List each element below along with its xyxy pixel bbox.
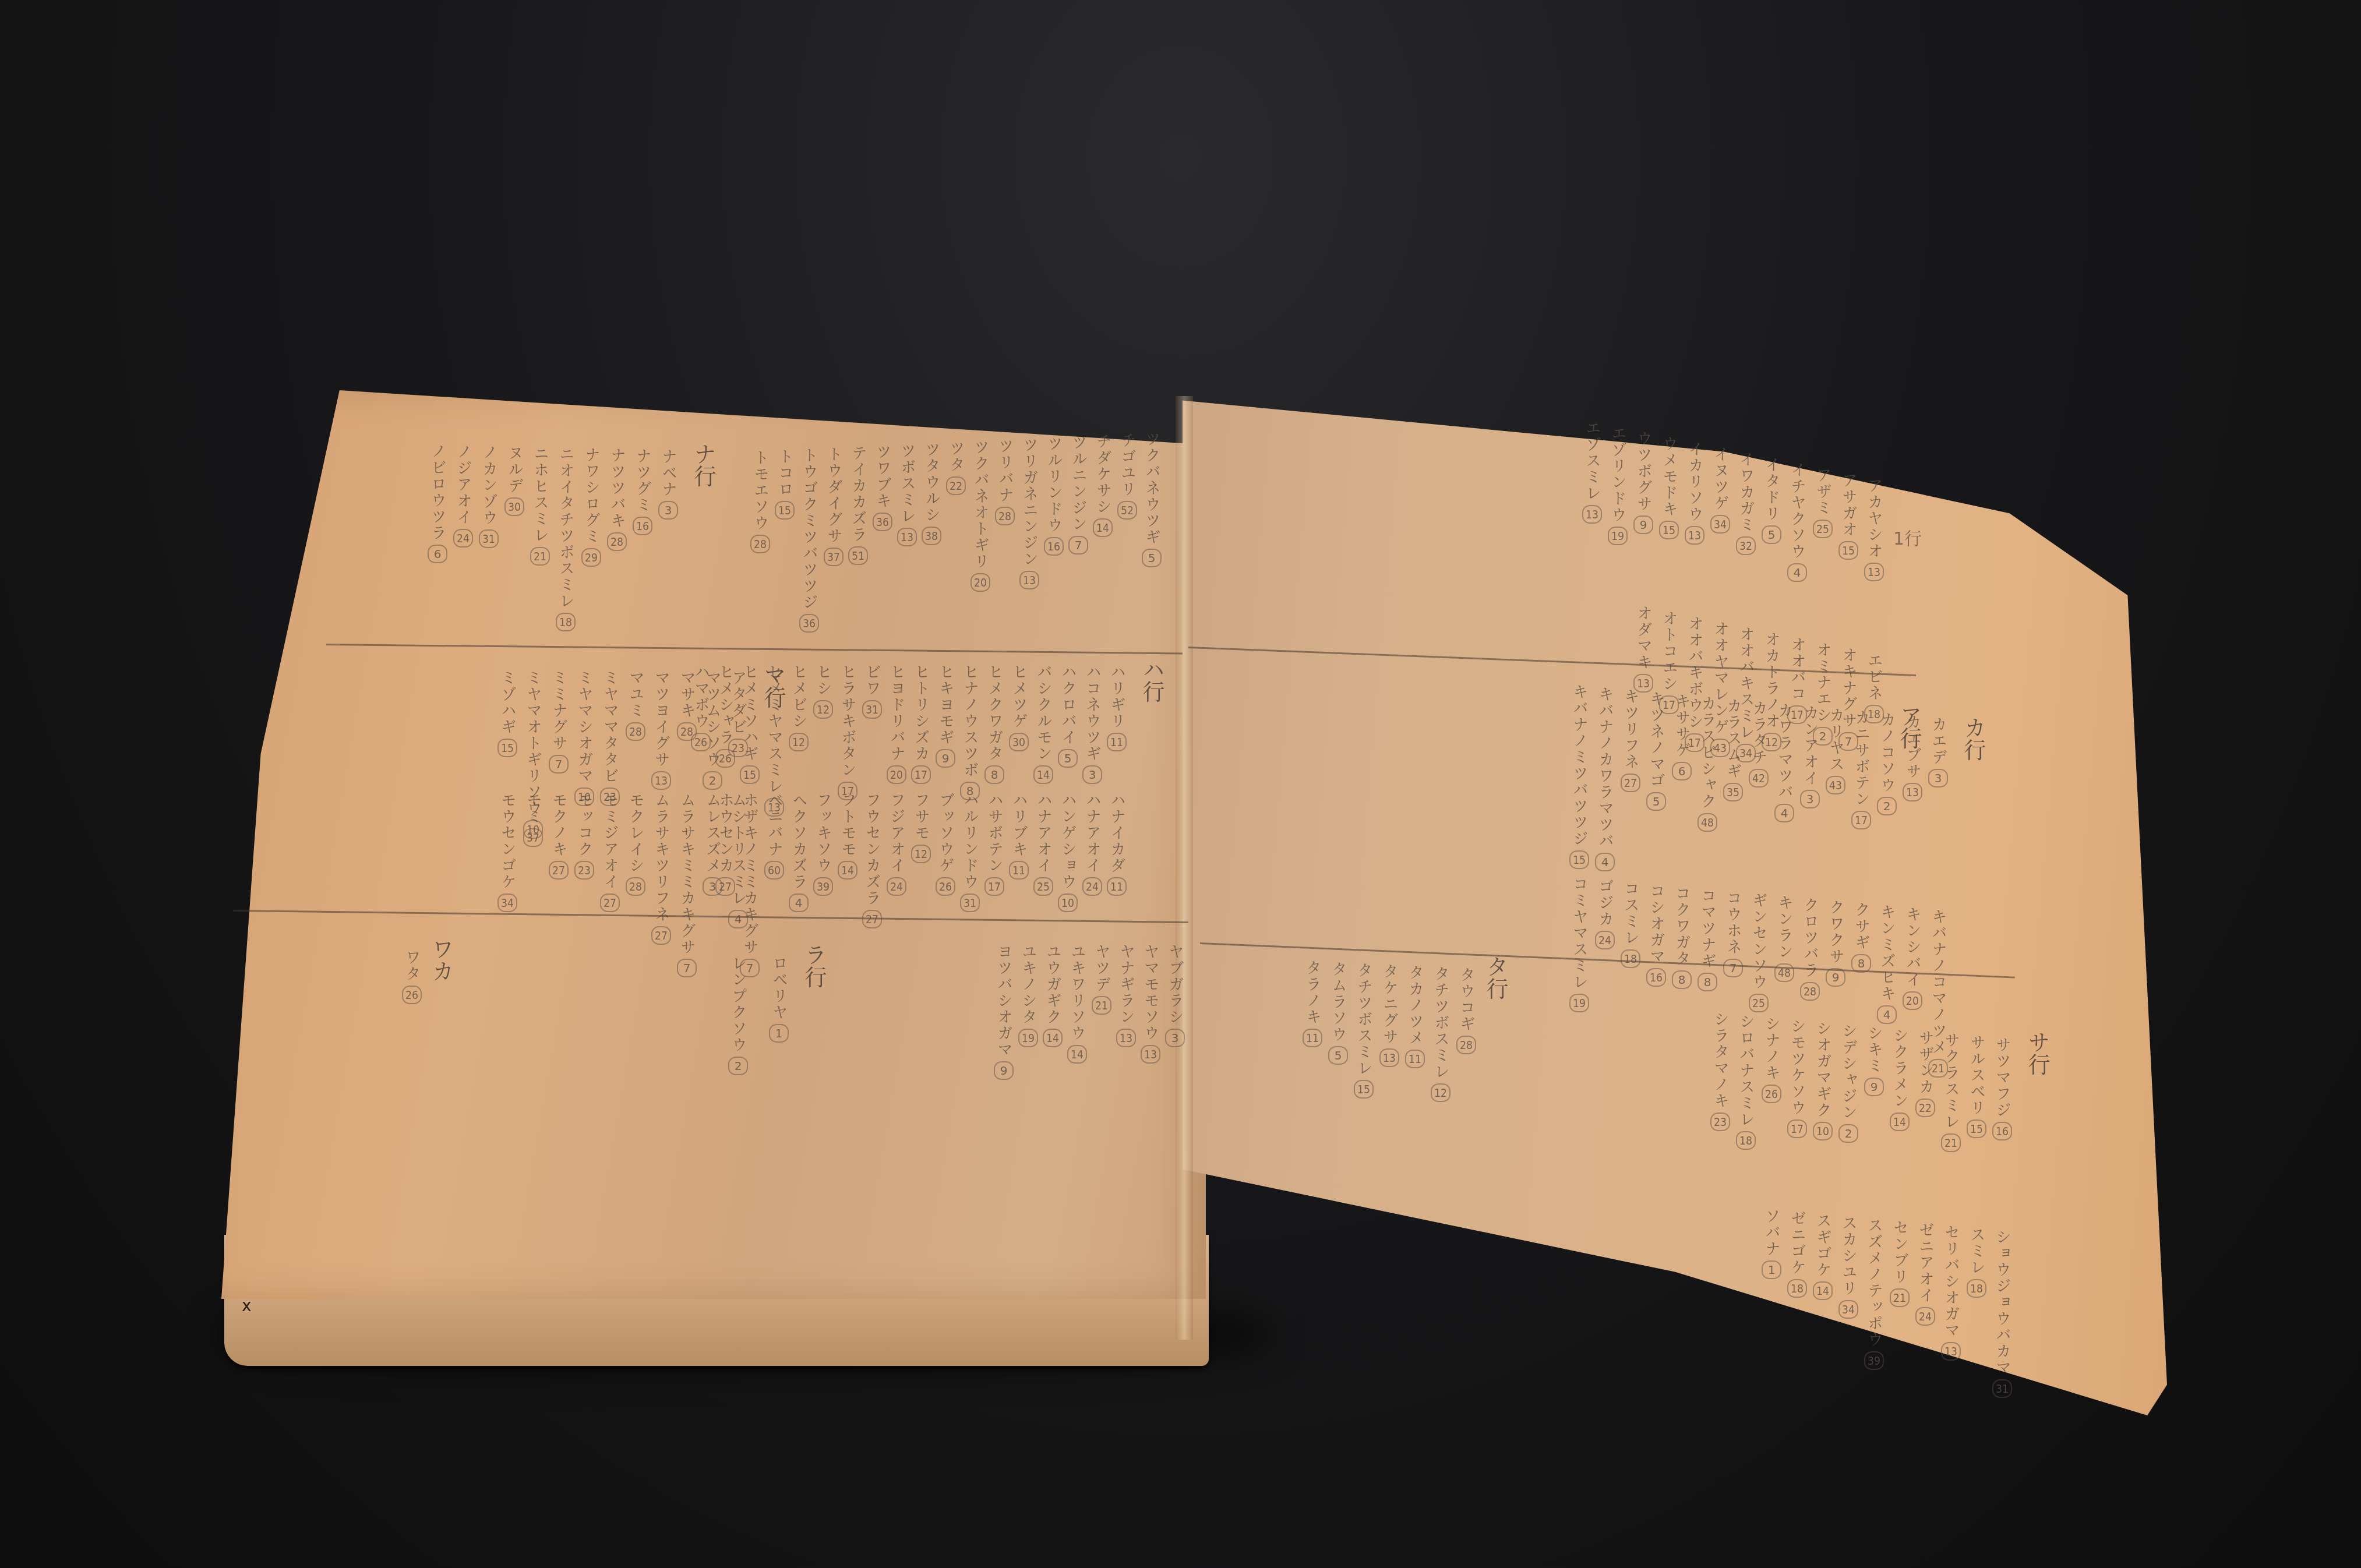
plant-name: ショウジョウバカマ: [1993, 1229, 2011, 1376]
page-number: 27: [862, 910, 882, 928]
page-number: 21: [1890, 1288, 1910, 1307]
page-number: 11: [1303, 1029, 1322, 1047]
plant-entry: レンプクソウ2: [728, 955, 748, 1075]
plant-entry: ミミナグサ7: [549, 670, 569, 774]
plant-entry: カエブサ13: [1903, 714, 1922, 801]
plant-name: ウメモドキ: [1660, 436, 1678, 517]
plant-name: マサキ: [678, 670, 696, 719]
plant-name: モッコク: [576, 792, 593, 857]
plant-entry: ワタ26: [402, 949, 422, 1004]
plant-entry: シキミ9: [1864, 1025, 1884, 1096]
page-number: 30: [1009, 733, 1029, 751]
page-number: 18: [1621, 949, 1640, 968]
plant-entry: スミレ18: [1967, 1227, 1986, 1298]
page-number: 27: [651, 926, 671, 945]
page-number: 2: [1838, 1124, 1858, 1143]
plant-entry: タムラソウ5: [1328, 961, 1348, 1065]
plant-name: コミヤマスミレ: [1571, 876, 1588, 990]
plant-entry: イカリソウ13: [1685, 441, 1704, 545]
page-number: 24: [1082, 877, 1102, 896]
plant-name: カノコソウ: [1878, 712, 1896, 793]
plant-name: ハサボテン: [986, 792, 1003, 874]
plant-entry: アサガオ15: [1838, 472, 1858, 560]
plant-entry: ハサボテン17: [984, 792, 1004, 896]
plant-entry: スズメノテッポウ39: [1864, 1217, 1884, 1370]
page-number: 31: [862, 700, 882, 719]
plant-name: カエデ: [1929, 716, 1947, 765]
plant-name: ミミナグサ: [550, 670, 567, 751]
plant-entry: ユキワリソウ14: [1067, 944, 1087, 1064]
plant-entry: フサモ12: [911, 792, 931, 863]
plant-name: キンラン: [1776, 895, 1793, 960]
plant-entry: キンミズヒキ4: [1877, 904, 1897, 1024]
plant-entry: キバナノミツバツツジ15: [1569, 684, 1589, 869]
plant-entry: マユミ28: [626, 670, 645, 741]
plant-name: ツワブキ: [874, 444, 891, 509]
plant-entry: ヒメビシ12: [789, 664, 809, 751]
plant-name: ムラサキミミカキグサ: [678, 792, 696, 955]
plant-name: タムラソウ: [1329, 961, 1347, 1043]
plant-name: スカシユリ: [1840, 1215, 1857, 1297]
page-number: 13: [1685, 526, 1704, 545]
plant-entry: エゾリンドウ19: [1608, 425, 1628, 545]
page-number: 9: [1633, 515, 1653, 534]
plant-name: ツクバネオトギリ: [972, 439, 989, 570]
plant-name: クサギ: [1852, 902, 1870, 951]
page-number: 13: [1864, 563, 1884, 581]
plant-entry: シナノキ26: [1762, 1016, 1781, 1103]
page-number: 12: [911, 845, 931, 863]
plant-entry: コマツナギ8: [1697, 888, 1717, 991]
plant-entry: イヌツゲ34: [1710, 446, 1730, 534]
plant-entry: コウホネ7: [1723, 890, 1743, 977]
page-number: 26: [402, 986, 422, 1004]
plant-entry: センブリ21: [1890, 1220, 1910, 1307]
section-label-na: ナ行: [687, 443, 719, 487]
plant-name: シオガマギク: [1814, 1020, 1831, 1118]
page-number: 28: [677, 722, 697, 741]
plant-name: スズメノテッポウ: [1865, 1217, 1883, 1348]
book-spine: [1176, 396, 1193, 1340]
plant-entry: カラスビシャク48: [1697, 695, 1717, 832]
plant-entry: ハナアオイ25: [1033, 792, 1053, 896]
plant-entry: ウメモドキ15: [1659, 436, 1679, 539]
plant-entry: フトモモ14: [838, 792, 857, 880]
plant-name: チゴユリ: [1118, 432, 1136, 497]
plant-name: ギンセンソウ: [1750, 892, 1767, 990]
plant-entry: サクラスミレ21: [1941, 1032, 1961, 1152]
plant-entry: ニオイタチツボスミレ18: [556, 446, 576, 631]
page-number: 14: [1043, 1029, 1063, 1047]
plant-entry: ツクバネウツギ5: [1142, 431, 1162, 567]
plant-name: ムラサキツリフネ: [652, 792, 670, 923]
page-number: 11: [1107, 877, 1127, 896]
plant-entry: ベニバナ60: [764, 792, 784, 880]
plant-name: カラタチ: [1750, 700, 1767, 765]
plant-name: クロツバラ: [1801, 897, 1819, 979]
page-number: 17: [984, 877, 1004, 896]
page-number: 13: [1941, 1342, 1961, 1361]
plant-name: ヒヨドリバナ: [888, 664, 905, 762]
page-number: 23: [728, 739, 748, 757]
page-number: 18: [1967, 1279, 1986, 1298]
plant-name: ヒメクワガタ: [986, 664, 1003, 762]
plant-name: ヒラサキボタン: [839, 664, 856, 778]
plant-entry: アカヤシオ13: [1864, 478, 1884, 581]
plant-name: イヌツゲ: [1711, 446, 1729, 511]
page-number: 4: [1774, 804, 1794, 822]
plant-name: シデシャジン: [1840, 1023, 1857, 1121]
plant-name: トコロ: [776, 448, 793, 497]
plant-entry: ゼニアオイ24: [1915, 1222, 1935, 1326]
page-number: 28: [626, 722, 645, 741]
plant-name: ツリバナ: [996, 438, 1014, 503]
page-number: 5: [1646, 792, 1666, 811]
plant-name: ツタウルシ: [923, 442, 940, 523]
page-number: 18: [1736, 1131, 1756, 1150]
page-number: 22: [946, 476, 966, 495]
plant-name: バシクルモン: [1035, 664, 1052, 762]
plant-name: コクワガタ: [1673, 885, 1691, 967]
page-number: 21: [1092, 996, 1111, 1015]
page-number: 2: [728, 1057, 748, 1075]
plant-entry: ヤツデ21: [1092, 944, 1111, 1015]
page-number: 60: [764, 861, 784, 880]
page-number: 9: [936, 749, 955, 768]
plant-name: イタドリ: [1763, 457, 1780, 522]
plant-name: キササゲ: [1673, 693, 1691, 758]
plant-name: サクラスミレ: [1942, 1032, 1960, 1130]
plant-name: モクレイシ: [627, 792, 644, 874]
plant-entry: ヒナノウスツボ8: [960, 664, 980, 800]
plant-name: タチツボスミレ: [1432, 966, 1449, 1080]
plant-entry: シデシャジン2: [1838, 1023, 1858, 1143]
plant-name: カンアオイ: [1801, 705, 1819, 786]
plant-name: タチツボスミレ: [1355, 962, 1372, 1076]
page-number: 37: [824, 548, 844, 566]
page-number: 34: [497, 894, 517, 912]
page-number: 9: [1864, 1078, 1884, 1096]
plant-entry: テイカカズラ51: [848, 445, 868, 565]
plant-name: コスミレ: [1622, 881, 1639, 946]
page-number: 13: [1116, 1029, 1136, 1047]
page-number: 11: [1107, 733, 1127, 751]
plant-entry: カワラマツバ4: [1774, 702, 1794, 822]
page-number: 4: [1877, 1005, 1897, 1024]
plant-entry: タチツボスミレ12: [1431, 966, 1451, 1102]
plant-entry: クサギ8: [1851, 902, 1871, 973]
page-number: 16: [633, 517, 652, 535]
page-number: 4: [1595, 853, 1615, 871]
plant-entry: バシクルモン14: [1033, 664, 1053, 784]
plant-entry: スギゴケ14: [1813, 1213, 1833, 1300]
page-number: 9: [1826, 968, 1845, 987]
plant-entry: モッコク23: [574, 792, 594, 880]
page-number: 27: [1621, 774, 1640, 792]
page-number: 13: [1582, 505, 1602, 524]
plant-entry: モミ37: [523, 792, 543, 847]
plant-entry: ビワ31: [862, 664, 882, 719]
plant-entry: イワカガミ32: [1736, 451, 1756, 555]
plant-entry: カエデ3: [1928, 716, 1948, 787]
plant-entry: ツリバナ28: [995, 438, 1015, 525]
plant-entry: イタドリ5: [1762, 457, 1781, 544]
page-number: 15: [497, 739, 517, 757]
page-number: 20: [970, 573, 990, 592]
plant-entry: ハリブキ11: [1009, 792, 1029, 880]
plant-name: ゼニアオイ: [1917, 1222, 1934, 1304]
plant-entry: ギンセンソウ25: [1749, 892, 1769, 1012]
plant-name: ロベリヤ: [770, 955, 788, 1020]
plant-name: オダマキ: [1635, 605, 1652, 670]
page-number: 39: [1864, 1351, 1884, 1370]
page-number: 12: [813, 700, 833, 719]
plant-name: スギゴケ: [1814, 1213, 1831, 1278]
plant-entry: シオガマギク10: [1813, 1020, 1833, 1140]
plant-entry: タウコギ28: [1456, 967, 1476, 1054]
plant-entry: ヤマモモソウ13: [1141, 944, 1160, 1064]
page-number: 3: [703, 877, 722, 896]
plant-entry: ユキノシタ19: [1018, 944, 1038, 1047]
plant-entry: ツルニンジン7: [1068, 435, 1088, 555]
plant-entry: イチヤクソウ4: [1787, 462, 1807, 582]
page-number: 34: [1838, 1300, 1858, 1319]
page-number: 13: [1019, 571, 1039, 589]
page-number: 18: [556, 613, 576, 631]
plant-entry: ヘクソカズラ4: [789, 792, 809, 912]
plant-entry: ソバナ1: [1762, 1208, 1781, 1279]
page-number: 8: [984, 765, 1004, 784]
page-number: 37: [523, 828, 543, 847]
plant-entry: トウゴクミツバツツジ36: [799, 447, 819, 633]
plant-entry: ゼニゴケ18: [1787, 1210, 1807, 1298]
page-number: 14: [1093, 518, 1113, 537]
plant-entry: クロツバラ28: [1800, 897, 1820, 1001]
plant-name: ウツボグサ: [1635, 430, 1652, 512]
plant-entry: ショウジョウバカマ31: [1992, 1229, 2012, 1398]
plant-entry: ヨツバシオガマ9: [994, 944, 1014, 1080]
page-number: 19: [1608, 527, 1628, 545]
plant-entry: キツリフネ27: [1621, 688, 1640, 792]
plant-name: ブッソウゲ: [937, 792, 954, 874]
plant-name: ノジアオイ: [454, 444, 472, 525]
plant-name: ユキノシタ: [1019, 944, 1037, 1025]
page-number: 34: [1710, 515, 1730, 534]
plant-name: ノカンゾウ: [480, 444, 497, 526]
page-number: 28: [995, 507, 1015, 525]
plant-name: ユウガギク: [1044, 944, 1061, 1025]
plant-name: サツマフジ: [1993, 1037, 2011, 1118]
plant-name: キバナノカワラマツバ: [1596, 686, 1614, 849]
plant-name: ツボスミレ: [898, 443, 916, 524]
plant-entry: ツリガネニンジン13: [1019, 437, 1039, 589]
plant-entry: タカノツメ11: [1405, 965, 1425, 1068]
page-number: 9: [994, 1061, 1014, 1080]
plant-entry: アタダビ23: [728, 670, 748, 757]
plant-entry: コクワガタ8: [1672, 885, 1692, 989]
page-number: 4: [728, 910, 748, 928]
page-number: 4: [789, 894, 809, 912]
plant-entry: ツボスミレ13: [897, 443, 917, 546]
page-number: 29: [581, 548, 601, 567]
plant-name: マツムシソウ: [704, 670, 721, 768]
plant-name: ヒメツゲ: [1010, 664, 1028, 729]
plant-entry: ミヤマシオガマ10: [574, 670, 594, 806]
page-number: 10: [1058, 894, 1078, 912]
plant-name: トウゴクミツバツツジ: [800, 447, 818, 610]
page-number: 26: [1762, 1085, 1781, 1103]
page-number: 19: [1018, 1029, 1038, 1047]
plant-entry: カラスムギ35: [1723, 698, 1743, 801]
page-number: 18: [1787, 1279, 1807, 1298]
page-number: 1: [1762, 1260, 1781, 1279]
plant-entry: ヒトリシズカ17: [911, 664, 931, 784]
plant-entry: ナワシログミ29: [581, 447, 601, 567]
plant-name: ナツグミ: [634, 448, 651, 513]
plant-name: ヤブガラシ: [1166, 944, 1184, 1025]
page-number: 14: [1067, 1045, 1087, 1064]
plant-name: ツリガネニンジン: [1021, 437, 1038, 567]
page-number: 3: [1082, 765, 1102, 784]
section-label-ka: カ行: [1957, 716, 1989, 761]
plant-name: センブリ: [1891, 1220, 1908, 1285]
plant-name: ワタ: [403, 949, 421, 982]
plant-entry: ハリギリ11: [1107, 664, 1127, 751]
plant-name: フサモ: [912, 792, 930, 841]
page-number: 12: [789, 733, 809, 751]
plant-entry: ヌルデ30: [504, 445, 524, 516]
page-number: 14: [838, 861, 857, 880]
plant-entry: キバナノカワラマツバ4: [1595, 686, 1615, 871]
plant-entry: ヒメツゲ30: [1009, 664, 1029, 751]
plant-name: ムシトリスミレ: [729, 792, 747, 906]
page-number: 3: [1165, 1029, 1185, 1047]
page-number: 27: [600, 894, 620, 912]
page-number: 32: [1736, 536, 1756, 555]
page-number: 24: [1915, 1307, 1935, 1326]
plant-entry: カンアオイ3: [1800, 705, 1820, 808]
plant-name: カワラマツバ: [1776, 702, 1793, 800]
plant-name: ハンゲショウ: [1059, 792, 1077, 890]
plant-entry: ナツツバキ28: [607, 447, 627, 551]
plant-entry: ナベナ3: [658, 448, 678, 520]
plant-name: イチヤクソウ: [1788, 462, 1806, 560]
plant-entry: アザミ25: [1813, 467, 1833, 538]
plant-name: ヒメビシ: [790, 664, 807, 729]
page-number: 35: [1723, 783, 1743, 801]
plant-entry: カリヤス43: [1826, 707, 1845, 794]
page-number: 15: [775, 501, 795, 520]
plant-name: コシオガマ: [1647, 883, 1665, 965]
plant-name: シクラメン: [1891, 1027, 1908, 1109]
section-label-ha: ハ行: [1136, 658, 1168, 702]
plant-entry: ムラサキツリフネ27: [651, 792, 671, 945]
plant-name: ハリギリ: [1108, 664, 1125, 729]
page-number: 22: [1915, 1099, 1935, 1117]
plant-name: カエブサ: [1904, 714, 1921, 779]
plant-name: クワクサ: [1827, 899, 1844, 965]
page-number: 51: [848, 546, 868, 565]
plant-name: サルスベリ: [1968, 1034, 1985, 1116]
plant-name: ヤマモモソウ: [1142, 944, 1159, 1041]
plant-entry: セリバシオガマ13: [1941, 1224, 1961, 1361]
page-number: 36: [799, 614, 819, 633]
plant-name: ベニバナ: [765, 792, 783, 857]
plant-name: イカリソウ: [1686, 441, 1703, 522]
plant-entry: モクノキ27: [549, 792, 569, 880]
plant-name: ヌルデ: [506, 445, 523, 494]
plant-name: タケニグサ: [1381, 963, 1398, 1045]
page-number: 16: [1646, 968, 1666, 987]
plant-name: カラスビシャク: [1699, 695, 1716, 810]
page-number: 13: [651, 771, 671, 790]
plant-name: マツヨイグサ: [652, 670, 670, 768]
page-number: 17: [1851, 811, 1871, 829]
plant-name: シモツケソウ: [1788, 1018, 1806, 1116]
plant-name: ハナイカダ: [1108, 792, 1125, 874]
plant-name: ヒトリシズカ: [912, 664, 930, 762]
plant-name: ヒシ: [814, 664, 832, 697]
page-number: 8: [1672, 970, 1692, 989]
page-number: 8: [1697, 973, 1717, 991]
plant-name: ヒメミヤマスミレ: [765, 664, 783, 794]
plant-entry: クワクサ9: [1826, 899, 1845, 987]
page-number: 5: [1762, 525, 1781, 544]
plant-entry: マサキ28: [677, 670, 697, 741]
plant-name: ハルリンドウ: [961, 792, 979, 890]
plant-name: カニサボテン: [1852, 709, 1870, 807]
plant-name: アサガオ: [1840, 472, 1857, 538]
page-number: 13: [897, 528, 917, 546]
plant-entry: カノコソウ2: [1877, 712, 1897, 815]
plant-name: オトコエシ: [1660, 610, 1678, 692]
plant-name: イワカガミ: [1737, 451, 1755, 533]
page-number: 21: [530, 547, 550, 566]
plant-name: シナノキ: [1763, 1016, 1780, 1081]
plant-name: キツネノマゴ: [1647, 691, 1665, 789]
plant-name: モミ: [524, 792, 542, 825]
plant-name: ヘクソカズラ: [790, 792, 807, 890]
plant-name: ニオイタチツボスミレ: [557, 446, 574, 609]
page-number: 36: [873, 513, 892, 531]
page-number: 7: [1068, 536, 1088, 555]
page-number: 20: [887, 765, 906, 784]
plant-name: ムレスズメ: [704, 792, 721, 874]
plant-entry: サルスベリ15: [1967, 1034, 1986, 1138]
plant-entry: ブッソウゲ26: [936, 792, 955, 896]
plant-entry: オダマキ13: [1633, 605, 1653, 693]
page-number: 13: [1379, 1048, 1399, 1067]
page-number: 28: [1456, 1036, 1476, 1054]
plant-entry: ムラサキミミカキグサ7: [677, 792, 697, 977]
page-number: 48: [1774, 963, 1794, 982]
page-number: 14: [1813, 1281, 1833, 1300]
page-number: 3: [1928, 769, 1948, 787]
plant-name: キンシバイ: [1904, 906, 1921, 988]
plant-entry: ゴジカ24: [1595, 878, 1615, 949]
page-number: 31: [479, 529, 499, 548]
plant-entry: キツネノマゴ5: [1646, 691, 1666, 811]
plant-name: コウホネ: [1724, 890, 1742, 955]
page-number: 42: [1749, 769, 1769, 787]
plant-entry: エゾスミレ13: [1582, 420, 1602, 524]
plant-entry: ヤブガラシ3: [1165, 944, 1185, 1047]
page-number: 13: [1141, 1045, 1160, 1064]
plant-entry: コミヤマスミレ19: [1569, 876, 1589, 1012]
plant-entry: フジアオイ24: [887, 792, 906, 896]
plant-name: カリヤス: [1827, 707, 1844, 772]
plant-entry: キンラン48: [1774, 895, 1794, 982]
